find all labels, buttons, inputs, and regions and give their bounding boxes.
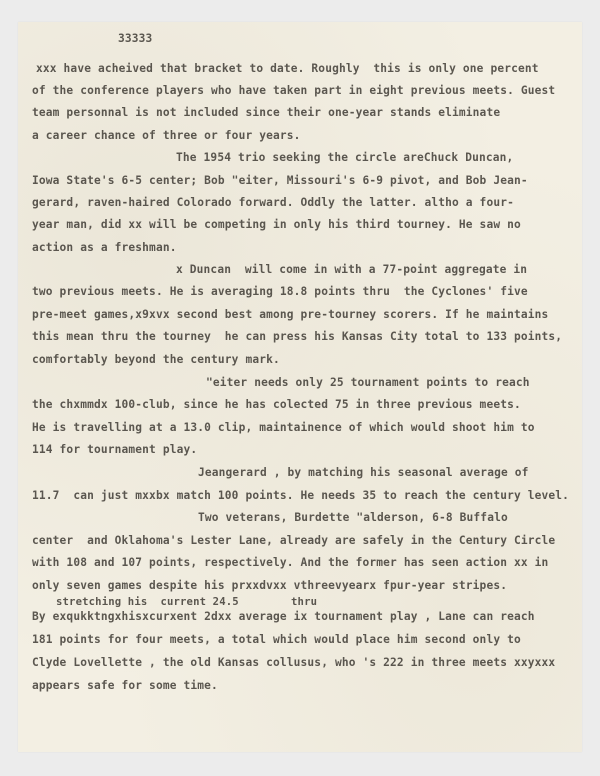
- text-line: x Duncan will come in with a 77-point ag…: [176, 263, 527, 276]
- text-line: of the conference players who have taken…: [32, 84, 555, 97]
- text-line: appears safe for some time.: [32, 679, 218, 692]
- text-line: "eiter needs only 25 tournament points t…: [206, 376, 530, 389]
- text-line: By exqukktngxhisxcurxent 2dxx average ix…: [32, 610, 535, 623]
- text-line: Jeangerard , by matching his seasonal av…: [198, 466, 529, 479]
- text-line: The 1954 trio seeking the circle areChuc…: [176, 151, 513, 164]
- text-line: stretching his current 24.5 thru: [56, 596, 317, 608]
- text-line: only seven games despite his prxxdvxx vt…: [32, 579, 507, 592]
- text-line: action as a freshman.: [32, 241, 177, 254]
- text-line: two previous meets. He is averaging 18.8…: [32, 285, 528, 298]
- page-number: 33333: [118, 14, 146, 53]
- typewritten-page: 33333 xxx have acheived that bracket to …: [18, 22, 582, 752]
- text-line: Clyde Lovellette , the old Kansas collus…: [32, 656, 555, 669]
- text-line: year man, did xx will be competing in on…: [32, 218, 521, 231]
- text-line: team personnal is not included since the…: [32, 106, 500, 119]
- text-line: pre-meet games,x9xvx second best among p…: [32, 308, 548, 321]
- text-line: center and Oklahoma's Lester Lane, alrea…: [32, 534, 555, 547]
- text-line: comfortably beyond the century mark.: [32, 353, 280, 366]
- text-line: Two veterans, Burdette "alderson, 6-8 Bu…: [198, 511, 508, 524]
- text-line: with 108 and 107 points, respectively. A…: [32, 556, 548, 569]
- text-line: Iowa State's 6-5 center; Bob "eiter, Mis…: [32, 174, 528, 187]
- text-line: the chxmmdx 100-club, since he has colec…: [32, 398, 521, 411]
- page-number-text: 33333: [118, 32, 152, 45]
- text-line: this mean thru the tourney he can press …: [32, 330, 562, 343]
- text-line: xxx have acheived that bracket to date. …: [36, 62, 539, 75]
- text-line: 114 for tournament play.: [32, 443, 197, 456]
- text-line: gerard, raven-haired Colorado forward. O…: [32, 196, 514, 209]
- text-line: 181 points for four meets, a total which…: [32, 633, 521, 646]
- text-line: a career chance of three or four years.: [32, 129, 301, 142]
- text-line: He is travelling at a 13.0 clip, maintai…: [32, 421, 535, 434]
- text-line: 11.7 can just mxxbx match 100 points. He…: [32, 489, 569, 502]
